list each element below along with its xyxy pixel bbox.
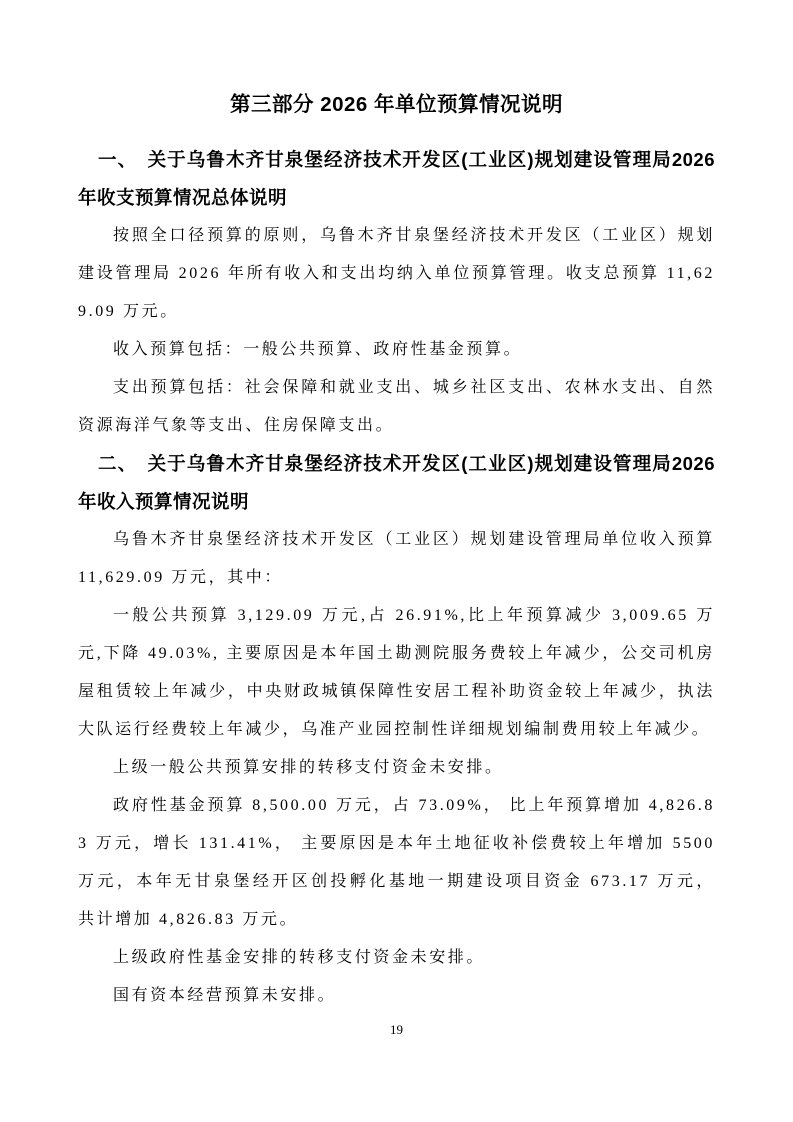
para-total-budget-overview: 按照全口径预算的原则，乌鲁木齐甘泉堡经济技术开发区（工业区）规划建设管理局 20… <box>78 217 715 331</box>
para-income-budget-includes: 收入预算包括：一般公共预算、政府性基金预算。 <box>78 331 715 369</box>
document-page: 第三部分 2026 年单位预算情况说明 一、 关于乌鲁木齐甘泉堡经济技术开发区(… <box>0 0 793 1122</box>
para-state-capital-budget: 国有资本经营预算未安排。 <box>78 977 715 1015</box>
section-one-heading: 一、 关于乌鲁木齐甘泉堡经济技术开发区(工业区)规划建设管理局2026年收支预算… <box>78 141 715 217</box>
section-two-heading: 二、 关于乌鲁木齐甘泉堡经济技术开发区(工业区)规划建设管理局2026年收入预算… <box>78 445 715 521</box>
para-general-public-budget: 一般公共预算 3,129.09 万元,占 26.91%,比上年预算减少 3,00… <box>78 597 715 749</box>
para-superior-fund-transfer: 上级政府性基金安排的转移支付资金未安排。 <box>78 939 715 977</box>
para-expenditure-budget-includes: 支出预算包括：社会保障和就业支出、城乡社区支出、农林水支出、自然资源海洋气象等支… <box>78 369 715 445</box>
para-government-fund-budget: 政府性基金预算 8,500.00 万元，占 73.09%， 比上年预算增加 4,… <box>78 787 715 939</box>
para-income-budget-total: 乌鲁木齐甘泉堡经济技术开发区（工业区）规划建设管理局单位收入预算 11,629.… <box>78 521 715 597</box>
page-number: 19 <box>0 1022 793 1038</box>
document-title: 第三部分 2026 年单位预算情况说明 <box>78 91 715 119</box>
para-superior-general-transfer: 上级一般公共预算安排的转移支付资金未安排。 <box>78 749 715 787</box>
